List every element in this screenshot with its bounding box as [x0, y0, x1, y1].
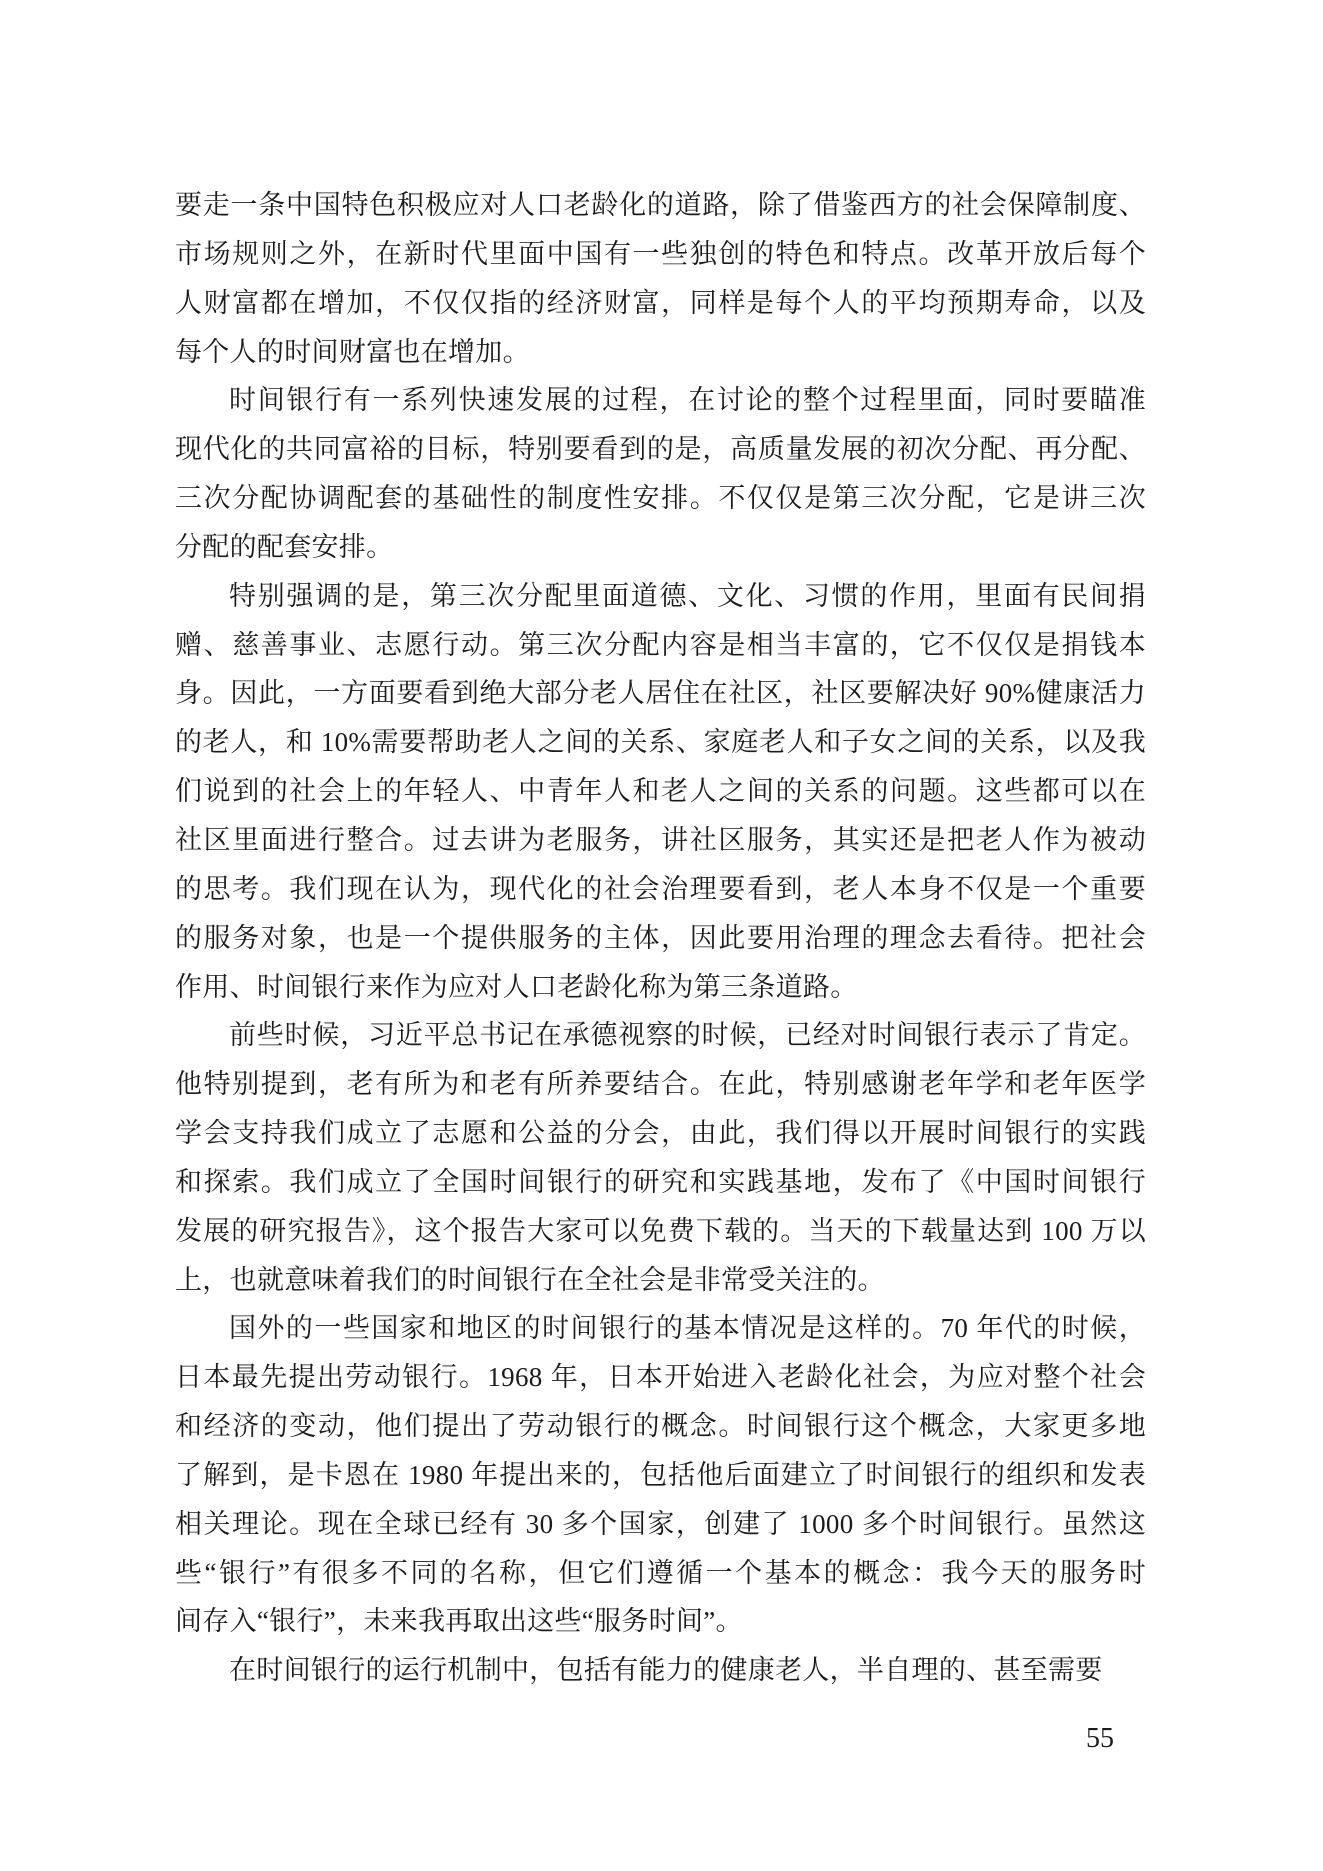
text-line: 每个人的时间财富也在增加。 [175, 328, 1146, 377]
text-line: 发展的研究报告》，这个报告大家可以免费下载的。当天的下载量达到 100 万以 [175, 1207, 1146, 1256]
text-line: 在时间银行的运行机制中，包括有能力的健康老人，半自理的、甚至需要 [175, 1646, 1146, 1695]
text-block: 要走一条中国特色积极应对人口老龄化的道路，除了借鉴西方的社会保障制度、 市场规则… [175, 181, 1146, 1695]
text-line: 特别强调的是，第三次分配里面道德、文化、习惯的作用，里面有民间捐 [175, 572, 1146, 621]
text-line: 社区里面进行整合。过去讲为老服务，讲社区服务，其实还是把老人作为被动 [175, 816, 1146, 865]
paragraph: 在时间银行的运行机制中，包括有能力的健康老人，半自理的、甚至需要 [175, 1646, 1146, 1695]
paragraph: 特别强调的是，第三次分配里面道德、文化、习惯的作用，里面有民间捐 赠、慈善事业、… [175, 572, 1146, 1012]
paragraph: 要走一条中国特色积极应对人口老龄化的道路，除了借鉴西方的社会保障制度、 市场规则… [175, 181, 1146, 376]
text-line: 上，也就意味着我们的时间银行在全社会是非常受关注的。 [175, 1256, 1146, 1305]
text-line: 要走一条中国特色积极应对人口老龄化的道路，除了借鉴西方的社会保障制度、 [175, 181, 1146, 230]
text-line: 们说到的社会上的年轻人、中青年人和老人之间的关系的问题。这些都可以在 [175, 767, 1146, 816]
text-line: 分配的配套安排。 [175, 523, 1146, 572]
text-line: 和经济的变动，他们提出了劳动银行的概念。时间银行这个概念，大家更多地 [175, 1402, 1146, 1451]
text-line: 相关理论。现在全球已经有 30 多个国家，创建了 1000 多个时间银行。虽然这 [175, 1500, 1146, 1549]
text-line: 三次分配协调配套的基础性的制度性安排。不仅仅是第三次分配，它是讲三次 [175, 474, 1146, 523]
text-line: 的老人，和 10%需要帮助老人之间的关系、家庭老人和子女之间的关系，以及我 [175, 718, 1146, 767]
text-line: 前些时候，习近平总书记在承德视察的时候，已经对时间银行表示了肯定。 [175, 1011, 1146, 1060]
text-line: 市场规则之外，在新时代里面中国有一些独创的特色和特点。改革开放后每个 [175, 230, 1146, 279]
document-page: 要走一条中国特色积极应对人口老龄化的道路，除了借鉴西方的社会保障制度、 市场规则… [0, 0, 1323, 1871]
paragraph: 前些时候，习近平总书记在承德视察的时候，已经对时间银行表示了肯定。 他特别提到，… [175, 1011, 1146, 1304]
text-line: 的服务对象，也是一个提供服务的主体，因此要用治理的理念去看待。把社会 [175, 914, 1146, 963]
paragraph: 国外的一些国家和地区的时间银行的基本情况是这样的。70 年代的时候， 日本最先提… [175, 1304, 1146, 1646]
paragraph: 时间银行有一系列快速发展的过程，在讨论的整个过程里面，同时要瞄准 现代化的共同富… [175, 376, 1146, 571]
text-line: 身。因此，一方面要看到绝大部分老人居住在社区，社区要解决好 90%健康活力 [175, 669, 1146, 718]
text-line: 和探索。我们成立了全国时间银行的研究和实践基地，发布了《中国时间银行 [175, 1158, 1146, 1207]
text-line: 间存入“银行”，未来我再取出这些“服务时间”。 [175, 1597, 1146, 1646]
page-number: 55 [1086, 1723, 1114, 1755]
text-line: 学会支持我们成立了志愿和公益的分会，由此，我们得以开展时间银行的实践 [175, 1109, 1146, 1158]
text-line: 了解到，是卡恩在 1980 年提出来的，包括他后面建立了时间银行的组织和发表 [175, 1451, 1146, 1500]
text-line: 日本最先提出劳动银行。1968 年，日本开始进入老龄化社会，为应对整个社会 [175, 1353, 1146, 1402]
text-line: 赠、慈善事业、志愿行动。第三次分配内容是相当丰富的，它不仅仅是捐钱本 [175, 621, 1146, 670]
text-line: 他特别提到，老有所为和老有所养要结合。在此，特别感谢老年学和老年医学 [175, 1060, 1146, 1109]
text-line: 作用、时间银行来作为应对人口老龄化称为第三条道路。 [175, 963, 1146, 1012]
text-line: 时间银行有一系列快速发展的过程，在讨论的整个过程里面，同时要瞄准 [175, 376, 1146, 425]
text-line: 国外的一些国家和地区的时间银行的基本情况是这样的。70 年代的时候， [175, 1304, 1146, 1353]
text-line: 现代化的共同富裕的目标，特别要看到的是，高质量发展的初次分配、再分配、 [175, 425, 1146, 474]
text-line: 的思考。我们现在认为，现代化的社会治理要看到，老人本身不仅是一个重要 [175, 865, 1146, 914]
text-line: 些“银行”有很多不同的名称，但它们遵循一个基本的概念：我今天的服务时 [175, 1549, 1146, 1598]
text-line: 人财富都在增加，不仅仅指的经济财富，同样是每个人的平均预期寿命，以及 [175, 279, 1146, 328]
